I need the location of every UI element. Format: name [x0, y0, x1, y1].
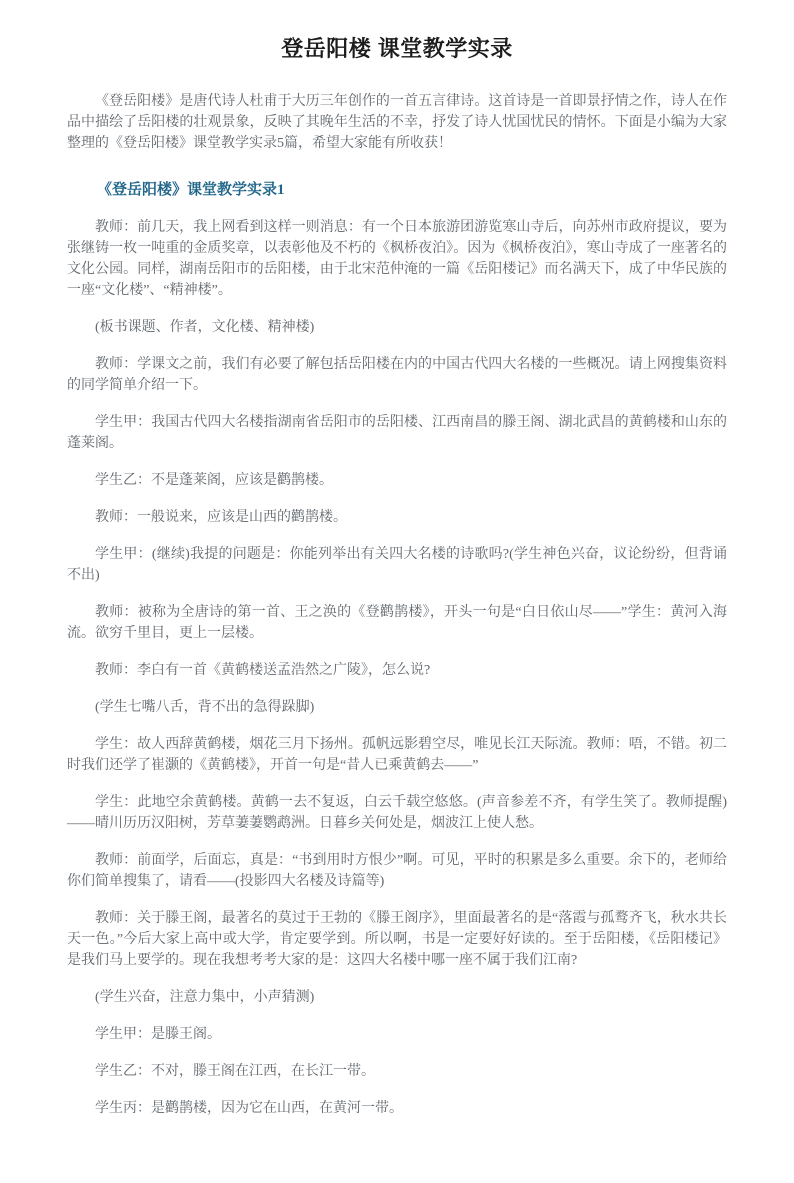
transcript-paragraph: (学生兴奋，注意力集中，小声猜测) [67, 987, 727, 1008]
transcript-paragraph: 学生丙：是鹳鹊楼，因为它在山西，在黄河一带。 [67, 1098, 727, 1119]
transcript-paragraph: 学生甲：我国古代四大名楼指湖南省岳阳市的岳阳楼、江西南昌的滕王阁、湖北武昌的黄鹤… [67, 412, 727, 454]
intro-paragraph: 《登岳阳楼》是唐代诗人杜甫于大历三年创作的一首五言律诗。这首诗是一首即景抒情之作… [67, 91, 727, 154]
transcript-paragraph: 教师：李白有一首《黄鹤楼送孟浩然之广陵》，怎么说? [67, 660, 727, 681]
transcript-paragraph: 学生乙：不是蓬莱阁，应该是鹳鹊楼。 [67, 470, 727, 491]
document-title: 登岳阳楼 课堂教学实录 [67, 32, 727, 63]
transcript-paragraph: 教师：被称为全唐诗的第一首、王之涣的《登鹳鹊楼》，开头一句是“白日依山尽——”学… [67, 602, 727, 644]
section-heading: 《登岳阳楼》课堂教学实录1 [67, 178, 727, 199]
transcript-paragraph: 学生甲：是滕王阁。 [67, 1024, 727, 1045]
transcript-paragraph: 教师：前几天，我上网看到这样一则消息：有一个日本旅游团游览寒山寺后，向苏州市政府… [67, 217, 727, 301]
transcript-paragraph: 教师：一般说来，应该是山西的鹳鹊楼。 [67, 507, 727, 528]
transcript-paragraph: 教师：前面学，后面忘，真是：“书到用时方恨少”啊。可见，平时的积累是多么重要。余… [67, 850, 727, 892]
transcript-paragraph: 学生：故人西辞黄鹤楼，烟花三月下扬州。孤帆远影碧空尽，唯见长江天际流。教师：唔，… [67, 734, 727, 776]
transcript-paragraphs: 教师：前几天，我上网看到这样一则消息：有一个日本旅游团游览寒山寺后，向苏州市政府… [67, 217, 727, 1119]
transcript-paragraph: 学生甲：(继续)我提的问题是：你能列举出有关四大名楼的诗歌吗?(学生神色兴奋，议… [67, 544, 727, 586]
transcript-paragraph: (学生七嘴八舌，背不出的急得跺脚) [67, 697, 727, 718]
document-page: 登岳阳楼 课堂教学实录 《登岳阳楼》是唐代诗人杜甫于大历三年创作的一首五言律诗。… [0, 0, 794, 1183]
transcript-paragraph: 教师：学课文之前，我们有必要了解包括岳阳楼在内的中国古代四大名楼的一些概况。请上… [67, 354, 727, 396]
transcript-paragraph: 学生乙：不对，滕王阁在江西，在长江一带。 [67, 1061, 727, 1082]
transcript-paragraph: 教师：关于滕王阁，最著名的莫过于王勃的《滕王阁序》，里面最著名的是“落霞与孤鹜齐… [67, 908, 727, 971]
transcript-paragraph: (板书课题、作者，文化楼、精神楼) [67, 317, 727, 338]
transcript-paragraph: 学生：此地空余黄鹤楼。黄鹤一去不复返，白云千载空悠悠。(声音参差不齐，有学生笑了… [67, 792, 727, 834]
